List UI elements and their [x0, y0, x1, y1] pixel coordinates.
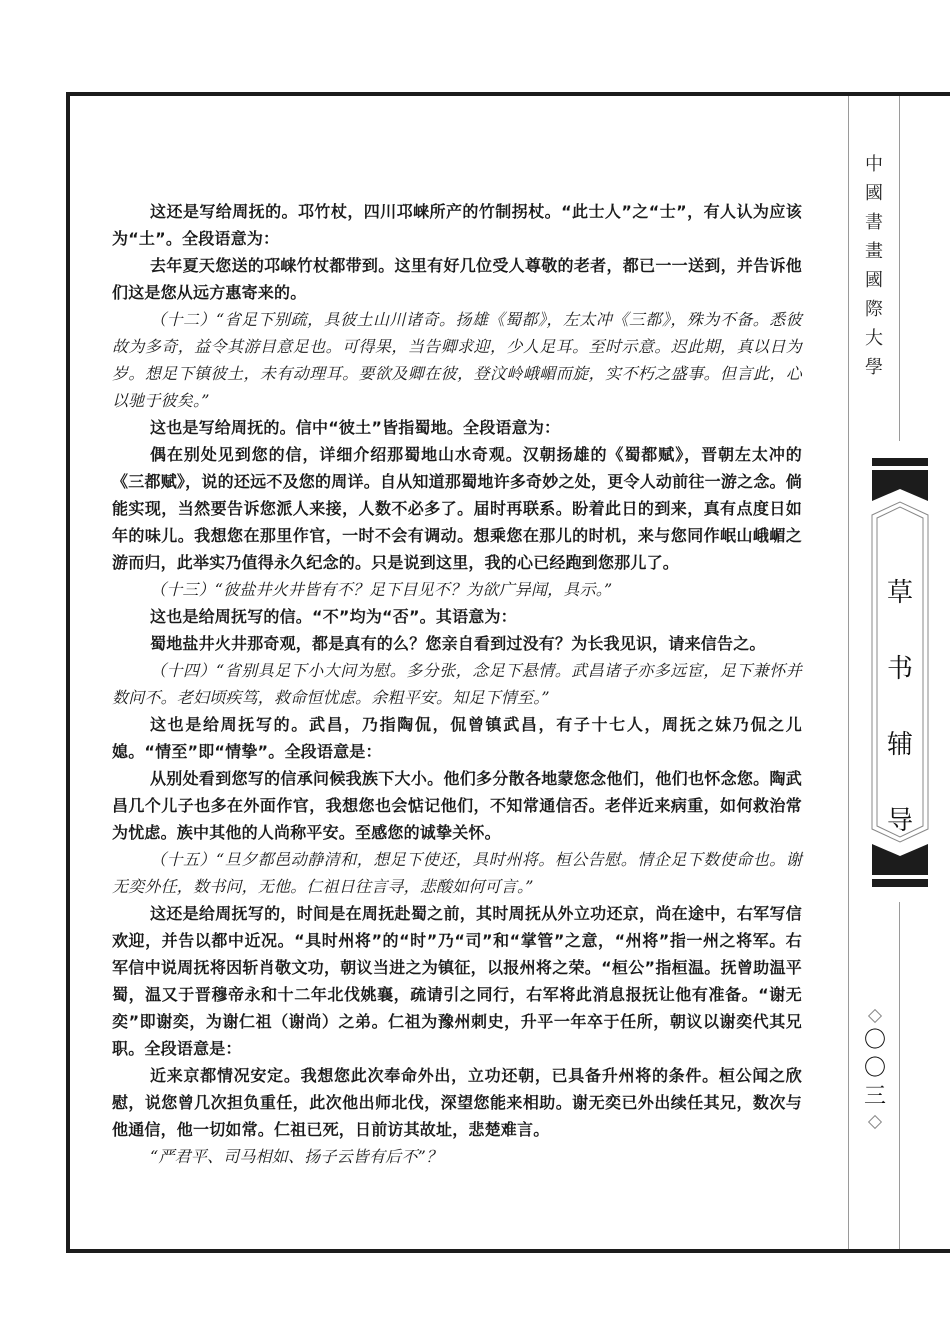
school-name-char: 際 [865, 295, 883, 324]
paragraph-quote: （十五）“旦夕都邑动静清和，想足下使还，具时州将。桓公告慰。情企足下数使命也。谢… [112, 846, 802, 900]
school-name-vertical: 中 國 書 畫 國 際 大 學 [860, 150, 888, 382]
page-number-vertical: 〇 〇 三 [860, 1005, 890, 1133]
page-number-char: 〇 [864, 1055, 886, 1083]
frame-bottom-border [66, 1249, 950, 1253]
paragraph-commentary: 这也是给周抚写的。武昌，乃指陶侃，侃曾镇武昌，有子十七人，周抚之妹乃侃之儿媳。“… [112, 711, 802, 765]
section-title-char: 导 [887, 783, 913, 859]
section-title-char: 草 [887, 555, 913, 631]
paragraph-commentary: 这也是给周抚写的信。“不”均为“否”。其语意为： [112, 603, 802, 630]
paragraph-commentary: 从别处看到您写的信承问候我族下大小。他们多分散各地蒙您念他们，他们也怀念您。陶武… [112, 765, 802, 846]
sidebar-divider-line [848, 96, 849, 1249]
page-number-char: 三 [864, 1083, 886, 1111]
paragraph-commentary: 蜀地盐井火井那奇观，都是真有的么？您亲自看到过没有？为长我见识，请来信告之。 [112, 630, 802, 657]
school-name-char: 大 [865, 324, 883, 353]
school-name-char: 中 [865, 150, 883, 179]
paragraph-commentary: 这还是写给周抚的。邛竹杖，四川邛崃所产的竹制拐杖。“此士人”之“士”，有人认为应… [112, 198, 802, 252]
paragraph-quote: （十三）“彼盐井火井皆有不？足下目见不？为欲广异闻，具示。” [112, 576, 802, 603]
page-body: 这还是写给周抚的。邛竹杖，四川邛崃所产的竹制拐杖。“此士人”之“士”，有人认为应… [112, 198, 802, 1170]
school-name-char: 書 [865, 208, 883, 237]
frame-left-border [66, 92, 70, 1253]
paragraph-quote: （十四）“省别具足下小大问为慰。多分张，念足下悬情。武昌诸子亦多远宦，足下兼怀并… [112, 657, 802, 711]
school-name-char: 國 [865, 179, 883, 208]
school-name-char: 國 [865, 266, 883, 295]
section-title-char: 辅 [887, 707, 913, 783]
paragraph-quote: （十二）“省足下别疏，具彼土山川诸奇。扬雄《蜀都》，左太冲《三都》，殊为不备。悉… [112, 306, 802, 414]
sidebar-inner-line-bottom [899, 902, 900, 1249]
section-title-char: 书 [887, 631, 913, 707]
paragraph-quote: “严君平、司马相如、扬子云皆有后不”？ [112, 1143, 802, 1170]
diamond-ornament-icon [868, 1115, 882, 1129]
section-title-banner: 草 书 辅 导 [870, 455, 930, 890]
school-name-char: 學 [865, 353, 883, 382]
paragraph-commentary: 偶在别处见到您的信，详细介绍那蜀地山水奇观。汉朝扬雄的《蜀都赋》，晋朝左太冲的《… [112, 441, 802, 576]
diamond-ornament-icon [868, 1009, 882, 1023]
paragraph-commentary: 这还是给周抚写的，时间是在周抚赴蜀之前，其时周抚从外立功还京，尚在途中，右军写信… [112, 900, 802, 1062]
page-number-char: 〇 [864, 1027, 886, 1055]
paragraph-commentary: 近来京都情况安定。我想您此次奉命外出，立功还朝，已具备升州将的条件。桓公闻之欣慰… [112, 1062, 802, 1143]
school-name-char: 畫 [865, 237, 883, 266]
sidebar-inner-line-top [899, 96, 900, 441]
paragraph-commentary: 去年夏天您送的邛崃竹杖都带到。这里有好几位受人尊敬的老者，都已一一送到，并告诉他… [112, 252, 802, 306]
paragraph-commentary: 这也是写给周抚的。信中“彼土”皆指蜀地。全段语意为： [112, 414, 802, 441]
frame-top-border [66, 92, 950, 96]
